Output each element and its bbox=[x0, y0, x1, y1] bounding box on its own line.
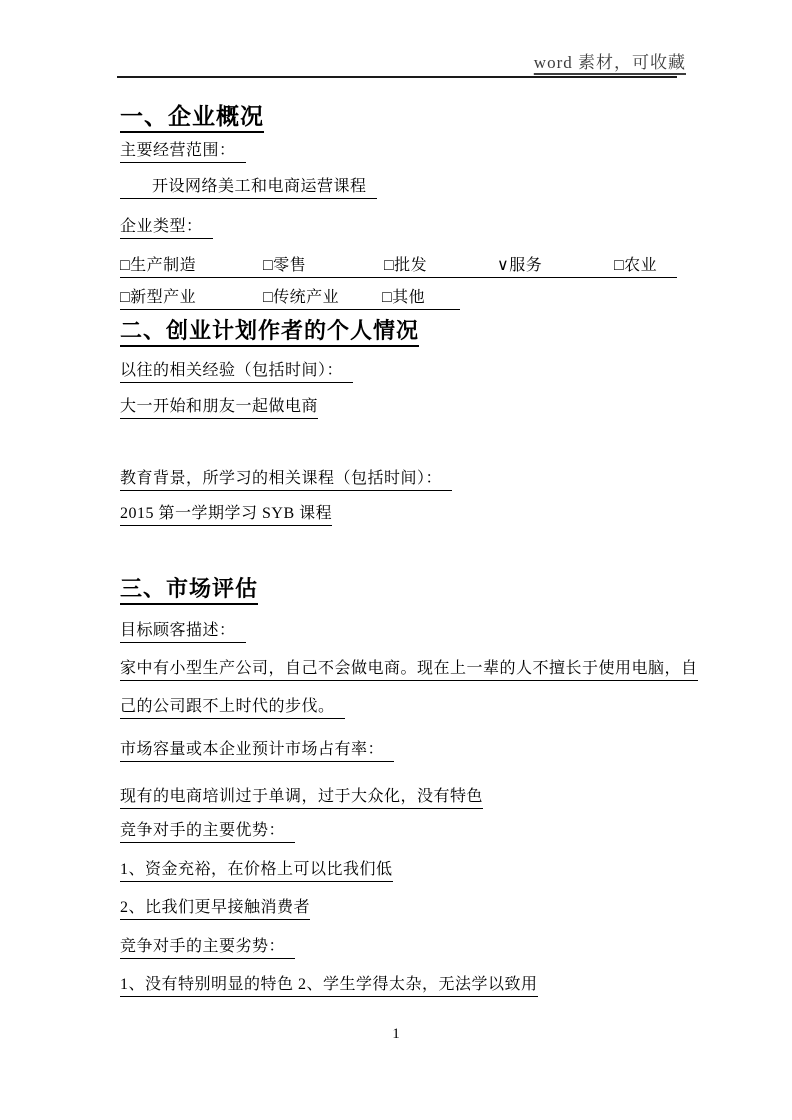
header-rule bbox=[117, 76, 677, 78]
enterprise-type-label-line: 企业类型： bbox=[120, 218, 213, 239]
education-value-line: 2015 第一学期学习 SYB 课程 bbox=[120, 505, 332, 526]
competitor-advantage-text-2: 2、比我们更早接触消费者 bbox=[120, 899, 310, 916]
experience-label: 以往的相关经验（包括时间）： bbox=[120, 362, 343, 379]
target-customer-text-2: 己的公司跟不上时代的步伐。 bbox=[120, 698, 335, 715]
business-scope-label: 主要经营范围： bbox=[120, 142, 236, 159]
education-value: 2015 第一学期学习 SYB 课程 bbox=[120, 505, 332, 522]
section-1-heading: 一、企业概况 bbox=[120, 104, 264, 133]
competitor-advantages-label: 竞争对手的主要优势： bbox=[120, 822, 285, 839]
competitor-advantage-item-1: 1、资金充裕，在价格上可以比我们低 bbox=[120, 861, 393, 882]
education-label-line: 教育背景，所学习的相关课程（包括时间）： bbox=[120, 470, 452, 491]
competitor-weaknesses-label-line: 竞争对手的主要劣势： bbox=[120, 938, 295, 959]
target-customer-text-line-1: 家中有小型生产公司，自己不会做电商。现在上一辈的人不擅长于使用电脑，自 bbox=[120, 660, 698, 681]
checkbox-option-service-checked[interactable]: ∨服务 bbox=[497, 257, 542, 274]
market-share-value: 现有的电商培训过于单调，过于大众化，没有特色 bbox=[120, 788, 483, 805]
checkbox-option-new-industry[interactable]: □新型产业 bbox=[120, 289, 196, 306]
experience-label-line: 以往的相关经验（包括时间）： bbox=[120, 362, 353, 383]
competitor-advantages-label-line: 竞争对手的主要优势： bbox=[120, 822, 295, 843]
target-customer-text-line-2: 己的公司跟不上时代的步伐。 bbox=[120, 698, 345, 719]
target-customer-text-1: 家中有小型生产公司，自己不会做电商。现在上一辈的人不擅长于使用电脑，自 bbox=[120, 660, 698, 677]
business-scope-value: 开设网络美工和电商运营课程 bbox=[152, 178, 367, 195]
checkbox-option-other[interactable]: □其他 bbox=[382, 289, 425, 306]
section-1-heading-text: 一、企业概况 bbox=[120, 104, 264, 133]
market-share-label-line: 市场容量或本企业预计市场占有率： bbox=[120, 741, 394, 762]
competitor-weakness-text-1: 1、没有特别明显的特色 2、学生学得太杂，无法学以致用 bbox=[120, 976, 538, 993]
market-share-label: 市场容量或本企业预计市场占有率： bbox=[120, 741, 384, 758]
competitor-advantage-item-2: 2、比我们更早接触消费者 bbox=[120, 899, 310, 920]
experience-value-line: 大一开始和朋友一起做电商 bbox=[120, 398, 318, 419]
checkbox-option-wholesale[interactable]: □批发 bbox=[384, 257, 427, 274]
checkbox-option-traditional-industry[interactable]: □传统产业 bbox=[263, 289, 339, 306]
experience-value: 大一开始和朋友一起做电商 bbox=[120, 398, 318, 415]
section-3-heading-text: 三、市场评估 bbox=[120, 576, 258, 605]
enterprise-type-row-1: □生产制造 □零售 □批发 ∨服务 □农业 bbox=[120, 257, 677, 278]
checkbox-option-retail[interactable]: □零售 bbox=[263, 257, 306, 274]
market-share-value-line: 现有的电商培训过于单调，过于大众化，没有特色 bbox=[120, 788, 483, 809]
header-watermark: word 素材，可收藏 bbox=[120, 53, 686, 72]
enterprise-type-label: 企业类型： bbox=[120, 218, 203, 235]
education-label: 教育背景，所学习的相关课程（包括时间）： bbox=[120, 470, 442, 487]
checkbox-option-agriculture[interactable]: □农业 bbox=[614, 257, 657, 274]
target-customer-label-line: 目标顾客描述： bbox=[120, 622, 246, 643]
checkbox-option-production[interactable]: □生产制造 bbox=[120, 257, 196, 274]
document-page: word 素材，可收藏 一、企业概况 主要经营范围： 开设网络美工和电商运营课程… bbox=[0, 0, 792, 1120]
enterprise-type-row-2: □新型产业 □传统产业 □其他 bbox=[120, 289, 460, 310]
target-customer-label: 目标顾客描述： bbox=[120, 622, 236, 639]
section-2-heading: 二、创业计划作者的个人情况 bbox=[120, 318, 419, 347]
competitor-weakness-item-1: 1、没有特别明显的特色 2、学生学得太杂，无法学以致用 bbox=[120, 976, 538, 997]
business-scope-label-line: 主要经营范围： bbox=[120, 142, 246, 163]
business-scope-value-line: 开设网络美工和电商运营课程 bbox=[120, 178, 377, 199]
page-number: 1 bbox=[0, 1026, 792, 1043]
section-3-heading: 三、市场评估 bbox=[120, 576, 258, 605]
competitor-advantage-text-1: 1、资金充裕，在价格上可以比我们低 bbox=[120, 861, 393, 878]
competitor-weaknesses-label: 竞争对手的主要劣势： bbox=[120, 938, 285, 955]
section-2-heading-text: 二、创业计划作者的个人情况 bbox=[120, 318, 419, 347]
